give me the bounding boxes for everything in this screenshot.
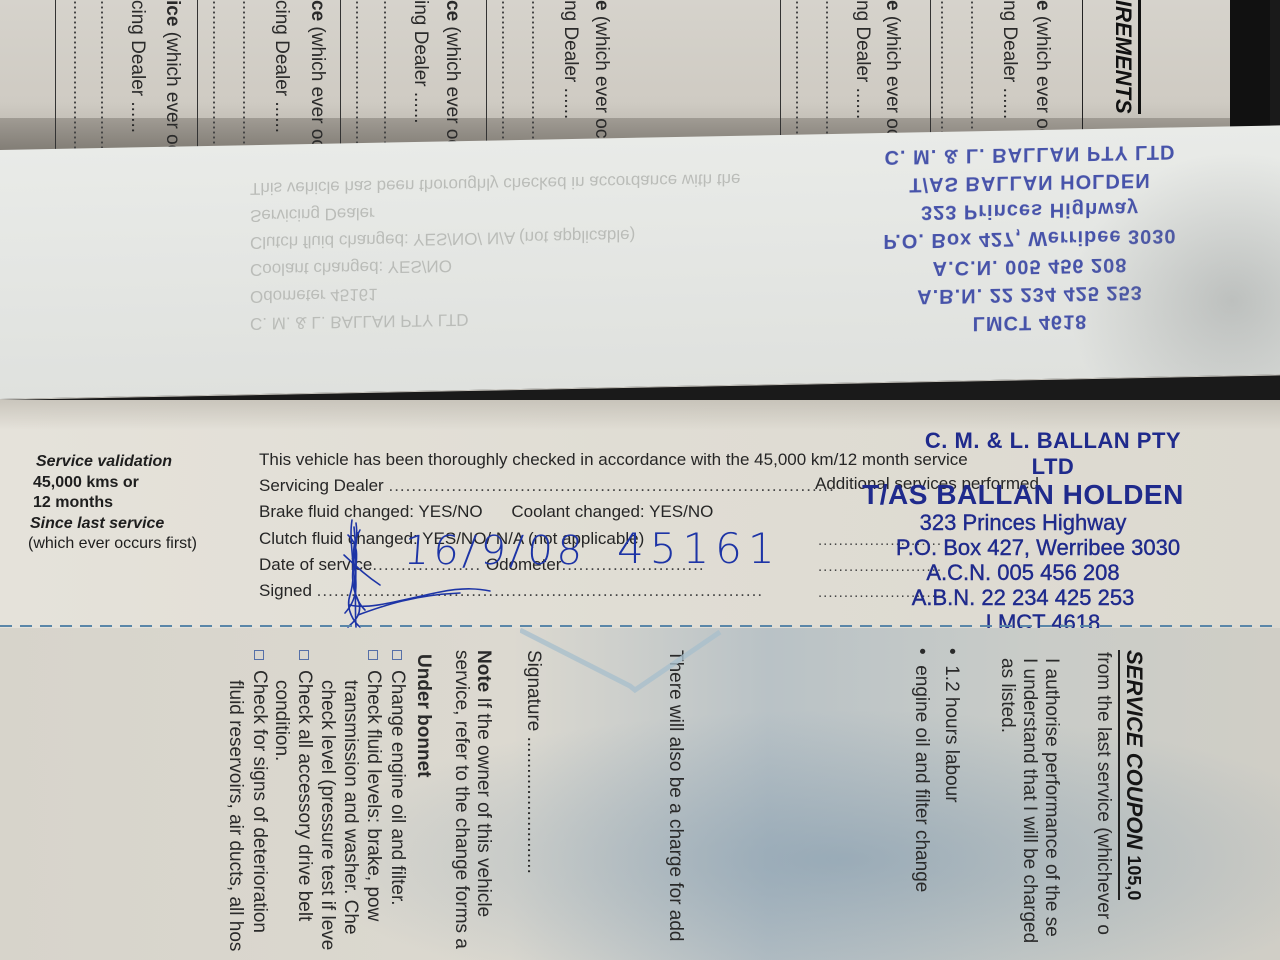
column-label: e (which ever occ xyxy=(881,0,903,148)
checkbox[interactable] xyxy=(368,650,378,660)
stamp-trading-as: T/AS BALLAN HOLDEN xyxy=(858,480,1188,510)
check-item-continued: transmission and washer. Che xyxy=(339,680,362,935)
check-item-continued: fluid reservoirs, air ducts, all hos xyxy=(224,680,247,951)
check-item-row: Check all accessory drive belt xyxy=(293,650,316,921)
fold-shadow xyxy=(0,400,1280,430)
service-validation-label: Service validation 45,000 kms or 12 mont… xyxy=(30,452,197,555)
dotted-line xyxy=(356,0,358,165)
note-line-2: service, refer to the change forms a xyxy=(450,650,473,949)
lighting-shade xyxy=(1040,125,1280,379)
column-label: e (which ever occ xyxy=(1031,0,1053,148)
checkbox[interactable] xyxy=(299,650,309,660)
note-line: Note If the owner of this vehicle xyxy=(472,650,495,917)
column-dealer: cing Dealer ...... xyxy=(126,0,148,133)
whichever-first: (which ever occurs first) xyxy=(28,534,197,555)
stamp-po-box: P.O. Box 427, Werribee 3030 xyxy=(858,535,1188,560)
column-dealer: cing Dealer ...... xyxy=(270,0,292,133)
column-dealer: ing Dealer ...... xyxy=(409,0,431,124)
interval-km: 45,000 kms or xyxy=(30,473,197,494)
service-validation-title: Service validation xyxy=(30,452,197,473)
stamp-company: C. M. & L. BALLAN PTY LTD xyxy=(858,428,1188,480)
dotted-line xyxy=(101,0,103,165)
handwritten-signature xyxy=(330,515,510,630)
top-column-2: ce (which ever occu cing Dealer ...... xyxy=(197,0,198,170)
since-last-service: Since last service xyxy=(30,514,197,535)
under-bonnet-heading: Under bonnet xyxy=(412,654,435,778)
column-dealer: ng Dealer ...... xyxy=(998,0,1020,119)
show-through-text: C. M. & L. BALLAN PTY LTD Odometer 45161… xyxy=(250,163,870,337)
column-dealer: ng Dealer ...... xyxy=(559,0,581,119)
dotted-line xyxy=(384,0,386,165)
torn-paper-notch xyxy=(520,628,780,698)
top-column-1: ice (which ever occ cing Dealer ...... xyxy=(55,0,56,170)
coupon-interval-text: from the last service (whichever o xyxy=(1092,652,1115,935)
column-label: e (which ever occ xyxy=(590,0,612,148)
column-label: ice (which ever occ xyxy=(161,0,183,164)
signed-label: Signed xyxy=(259,581,312,600)
check-item-row: Change engine oil and filter. xyxy=(386,650,409,906)
stamp-abn: A.B.N. 22 234 425 253 xyxy=(858,585,1188,610)
servicing-dealer-field[interactable]: ........................................… xyxy=(388,476,834,495)
bullet-labour: • 1.2 hours labour xyxy=(940,648,963,803)
check-item-row: Check fluid levels: brake, pow xyxy=(362,650,385,921)
perforation-line xyxy=(0,625,1280,627)
stamp-street: 323 Princes Highway xyxy=(858,510,1188,535)
servicing-dealer-label: Servicing Dealer xyxy=(259,476,384,495)
dealer-stamp: C. M. & L. BALLAN PTY LTD T/AS BALLAN HO… xyxy=(858,428,1188,635)
requirements-heading: IREMENTS xyxy=(1110,0,1141,114)
column-dealer: ng Dealer ...... xyxy=(851,0,873,119)
checkbox[interactable] xyxy=(392,650,402,660)
interval-months: 12 months xyxy=(30,493,197,514)
coolant-field[interactable]: Coolant changed: YES/NO xyxy=(511,502,713,521)
authorise-line-2: I understand that I will be charged xyxy=(1018,658,1041,943)
stamp-acn: A.C.N. 005 456 208 xyxy=(858,560,1188,585)
check-item-continued: check level (pressure test if leve xyxy=(316,680,339,950)
authorise-line-1: I authorise performance of the se xyxy=(1040,658,1063,937)
authorise-line-3: as listed. xyxy=(996,658,1019,733)
checkbox[interactable] xyxy=(254,650,264,660)
service-validation-coupon: Service validation 45,000 kms or 12 mont… xyxy=(0,400,1280,628)
handwritten-odometer: 45161 xyxy=(617,524,781,573)
dotted-line xyxy=(243,0,245,165)
column-label: ce (which ever occ xyxy=(441,0,463,158)
check-item-continued: condition. xyxy=(270,680,293,761)
dotted-line xyxy=(213,0,215,165)
bullet-oil-change: • engine oil and filter change xyxy=(910,648,933,892)
dotted-line xyxy=(74,0,76,165)
coupon-back-flap: C. M. & L. BALLAN PTY LTD Odometer 45161… xyxy=(0,125,1280,400)
check-item-row: Check for signs of deterioration xyxy=(248,650,271,933)
service-coupon-title: SERVICE COUPON 105,0 xyxy=(1118,650,1147,900)
